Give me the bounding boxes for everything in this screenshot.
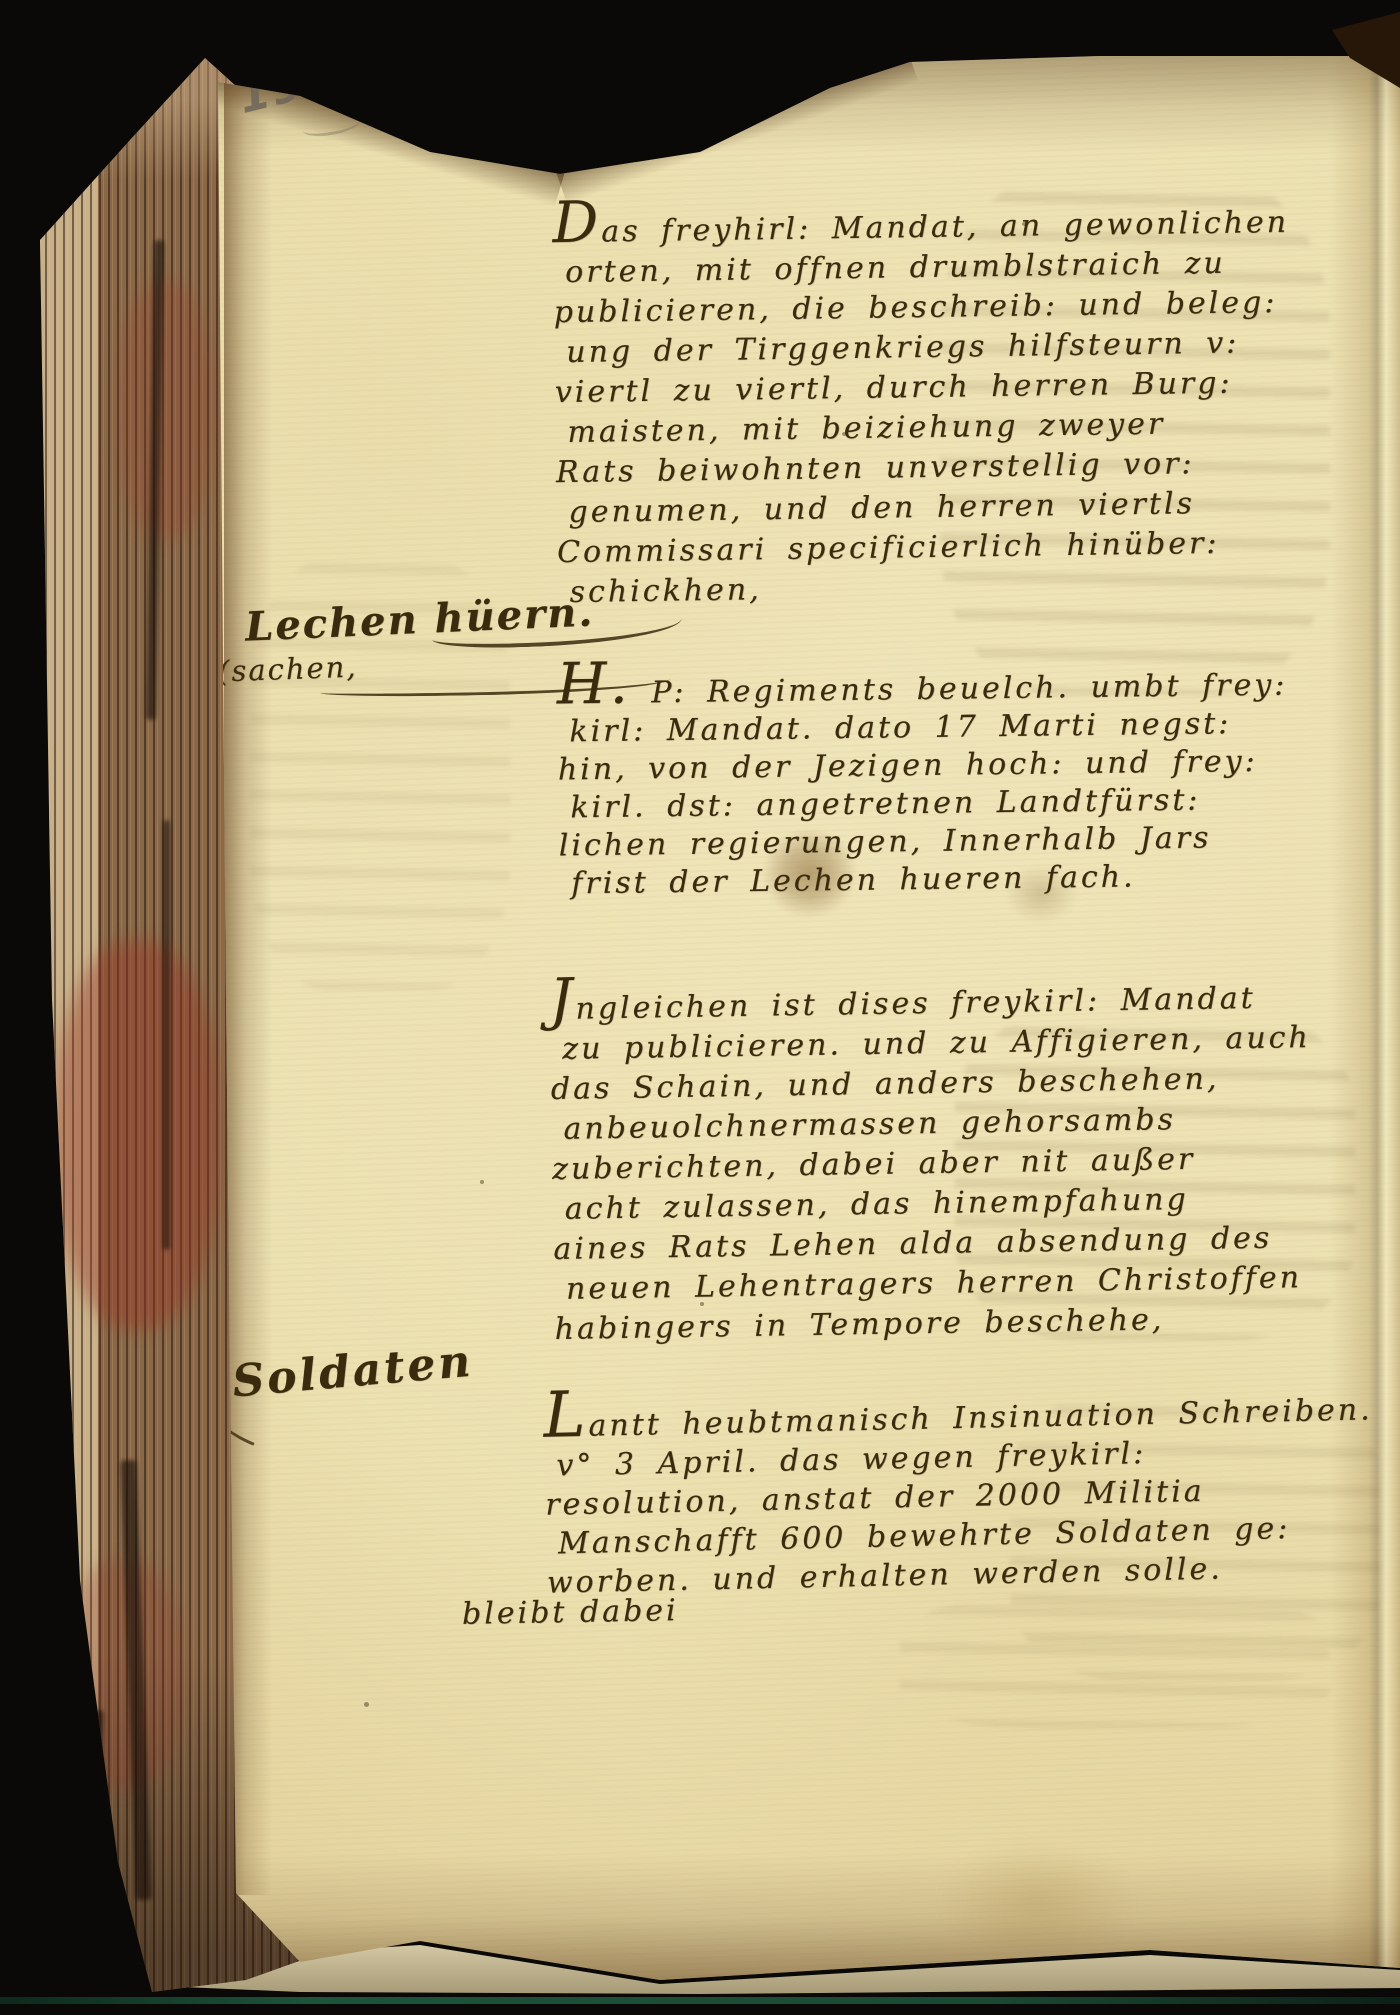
manuscript-paragraph-4: Lantt heubtmanisch Insinuation Schreiben…	[543, 1373, 1376, 1602]
manuscript-paragraph-2: H. P: Regiments beuelch. umbt frey: kirl…	[557, 654, 1290, 904]
ink-show-through	[900, 1598, 1330, 1728]
ink-stain	[940, 1840, 1135, 1965]
red-sprinkle-zone	[118, 280, 213, 540]
fore-edge-crack	[88, 1710, 104, 1930]
fore-edge-crack	[163, 820, 170, 1250]
manuscript-line: H. P: Regiments beuelch. umbt frey:	[557, 654, 1288, 714]
closing-note: bleibt dabei	[462, 1593, 679, 1632]
manuscript-scan: 194 Das freyhirl: Mandat, an gewonlichen…	[0, 0, 1400, 2015]
paper-speck	[480, 1180, 484, 1184]
red-sprinkle-zone	[55, 940, 220, 1330]
manuscript-paragraph-3: Jngleichen ist dises freykirl: Mandat zu…	[549, 966, 1315, 1350]
paper-speck	[364, 1702, 369, 1707]
scanner-bed-line	[0, 1997, 1400, 2004]
manuscript-paragraph-1: Das freyhirl: Mandat, an gewonlichen ort…	[552, 191, 1294, 613]
red-sprinkle-zone	[60, 1560, 185, 1790]
